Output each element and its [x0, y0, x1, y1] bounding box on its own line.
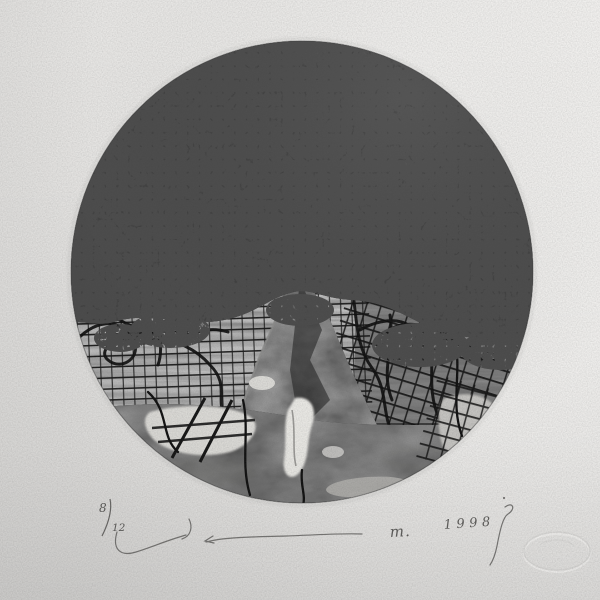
photographed-art-print: 8 12 m. 1998 — [0, 0, 600, 600]
photo-vignette — [0, 0, 600, 600]
print-photo-canvas: 8 12 m. 1998 — [0, 0, 600, 600]
